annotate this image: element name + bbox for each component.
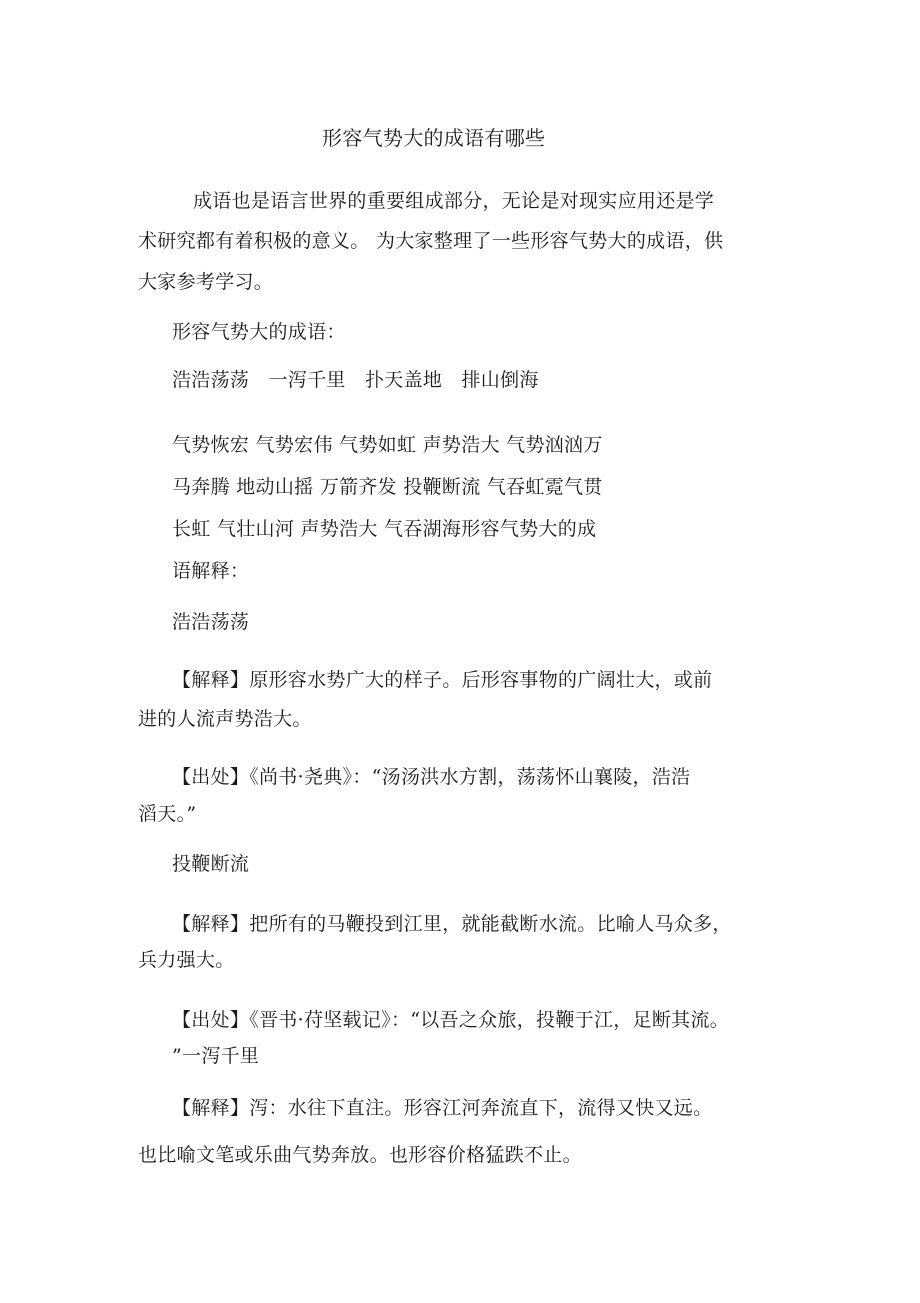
entry-explanation: 进的人流声势浩大。 xyxy=(138,707,312,731)
entry-source: 【出处】《尚书·尧典》：“汤汤洪水方割，荡荡怀山襄陵，浩浩 xyxy=(172,765,690,789)
page-title: 形容气势大的成语有哪些 xyxy=(322,126,545,150)
idiom-list-line: 长虹 气壮山河 声势浩大 气吞湖海形容气势大的成 xyxy=(172,517,596,541)
intro-paragraph-line: 成语也是语言世界的重要组成部分，无论是对现实应用还是学 xyxy=(193,189,714,213)
entry-explanation: 【解释】泻：水往下直注。形容江河奔流直下，流得又快又远。 xyxy=(172,1096,712,1120)
entry-source: ”一泻千里 xyxy=(172,1044,259,1068)
idiom-list-line: 浩浩荡荡 一泻千里 扑天盖地 排山倒海 xyxy=(172,368,539,392)
entry-explanation: 兵力强大。 xyxy=(138,948,235,972)
entry-explanation: 【解释】把所有的马鞭投到江里，就能截断水流。比喻人马众多， xyxy=(172,912,732,936)
intro-paragraph-line: 术研究都有着积极的意义。 为大家整理了一些形容气势大的成语，供 xyxy=(138,229,723,253)
idiom-list-line: 语解释： xyxy=(172,559,249,583)
entry-source: 滔天。” xyxy=(138,802,196,826)
entry-source: 【出处】《晋书·苻坚载记》：“以吾之众旅，投鞭于江，足断其流。 xyxy=(172,1008,729,1032)
entry-heading: 浩浩荡荡 xyxy=(172,610,249,634)
entry-heading: 投鞭断流 xyxy=(172,852,249,876)
entry-explanation: 【解释】原形容水势广大的样子。后形容事物的广阔壮大，或前 xyxy=(172,668,712,692)
entry-explanation: 也比喻文笔或乐曲气势奔放。也形容价格猛跌不止。 xyxy=(138,1143,582,1167)
idiom-list-line: 气势恢宏 气势宏伟 气势如虹 声势浩大 气势汹汹万 xyxy=(172,433,603,457)
intro-paragraph-line: 大家参考学习。 xyxy=(138,270,273,294)
document-page: 形容气势大的成语有哪些 成语也是语言世界的重要组成部分，无论是对现实应用还是学 … xyxy=(0,0,920,1303)
idiom-list-line: 马奔腾 地动山摇 万箭齐发 投鞭断流 气吞虹霓气贯 xyxy=(172,475,603,499)
list-heading: 形容气势大的成语： xyxy=(172,320,346,344)
